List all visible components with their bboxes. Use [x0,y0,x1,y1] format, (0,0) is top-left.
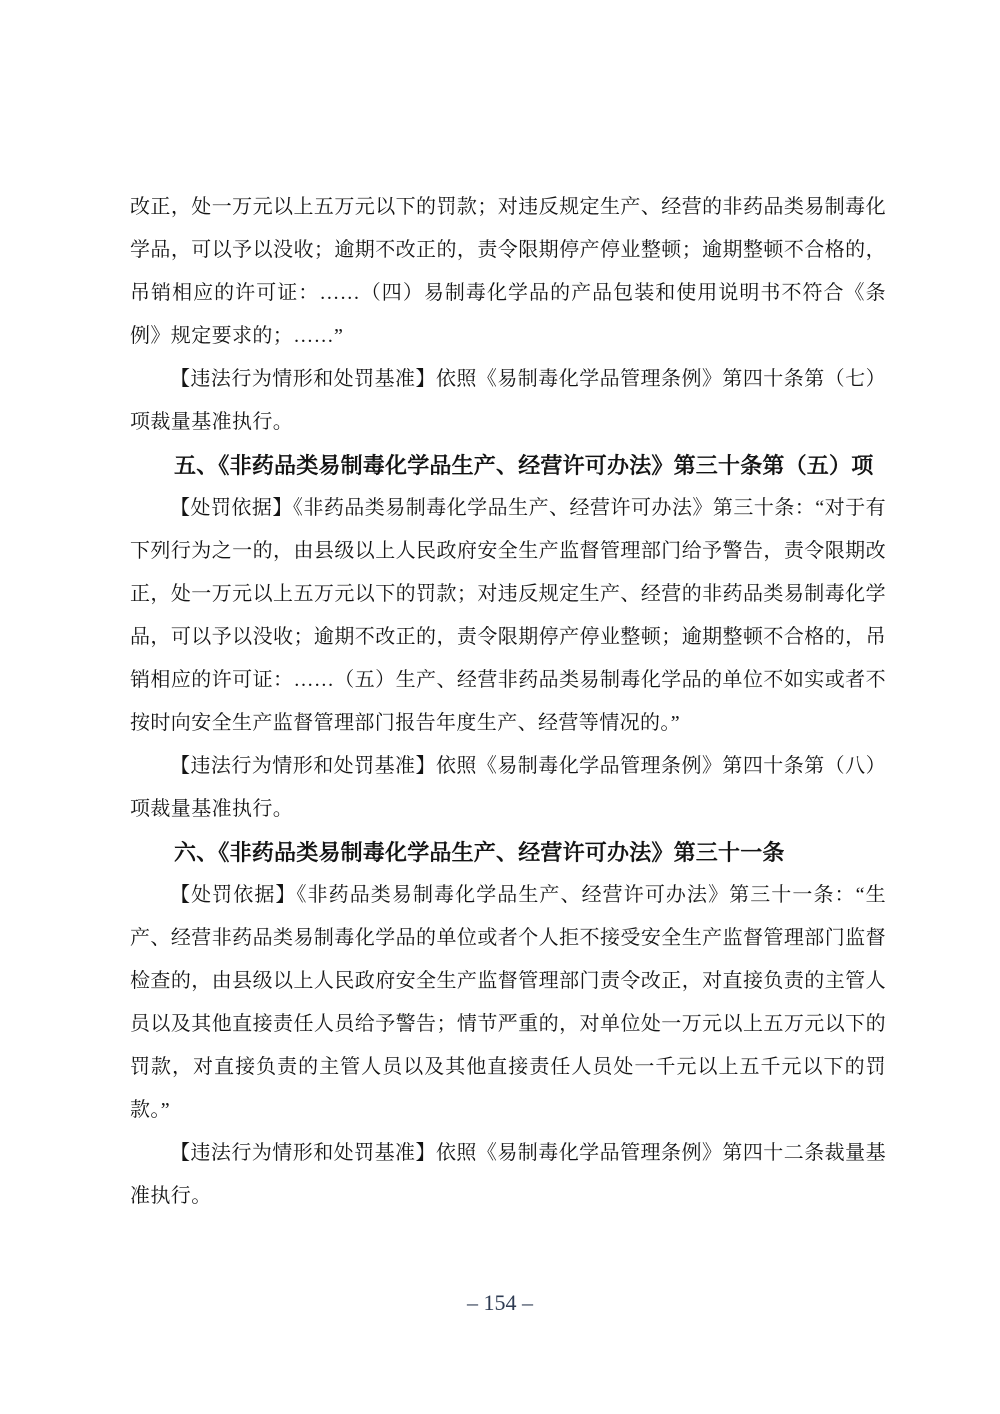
paragraph: 【违法行为情形和处罚基准】依照《易制毒化学品管理条例》第四十二条裁量基准执行。 [130,1132,886,1218]
section-heading: 六、《非药品类易制毒化学品生产、经营许可办法》第三十一条 [130,831,886,874]
paragraph: 【处罚依据】《非药品类易制毒化学品生产、经营许可办法》第三十一条：“生产、经营非… [130,874,886,1132]
document-body: 改正，处一万元以上五万元以下的罚款；对违反规定生产、经营的非药品类易制毒化学品，… [130,186,886,1218]
paragraph: 改正，处一万元以上五万元以下的罚款；对违反规定生产、经营的非药品类易制毒化学品，… [130,186,886,358]
paragraph: 【处罚依据】《非药品类易制毒化学品生产、经营许可办法》第三十条：“对于有下列行为… [130,487,886,745]
paragraph: 【违法行为情形和处罚基准】依照《易制毒化学品管理条例》第四十条第（七）项裁量基准… [130,358,886,444]
page-number: – 154 – [0,1290,1000,1316]
paragraph: 【违法行为情形和处罚基准】依照《易制毒化学品管理条例》第四十条第（八）项裁量基准… [130,745,886,831]
document-page: 改正，处一万元以上五万元以下的罚款；对违反规定生产、经营的非药品类易制毒化学品，… [0,0,1000,1414]
section-heading: 五、《非药品类易制毒化学品生产、经营许可办法》第三十条第（五）项 [130,444,886,487]
